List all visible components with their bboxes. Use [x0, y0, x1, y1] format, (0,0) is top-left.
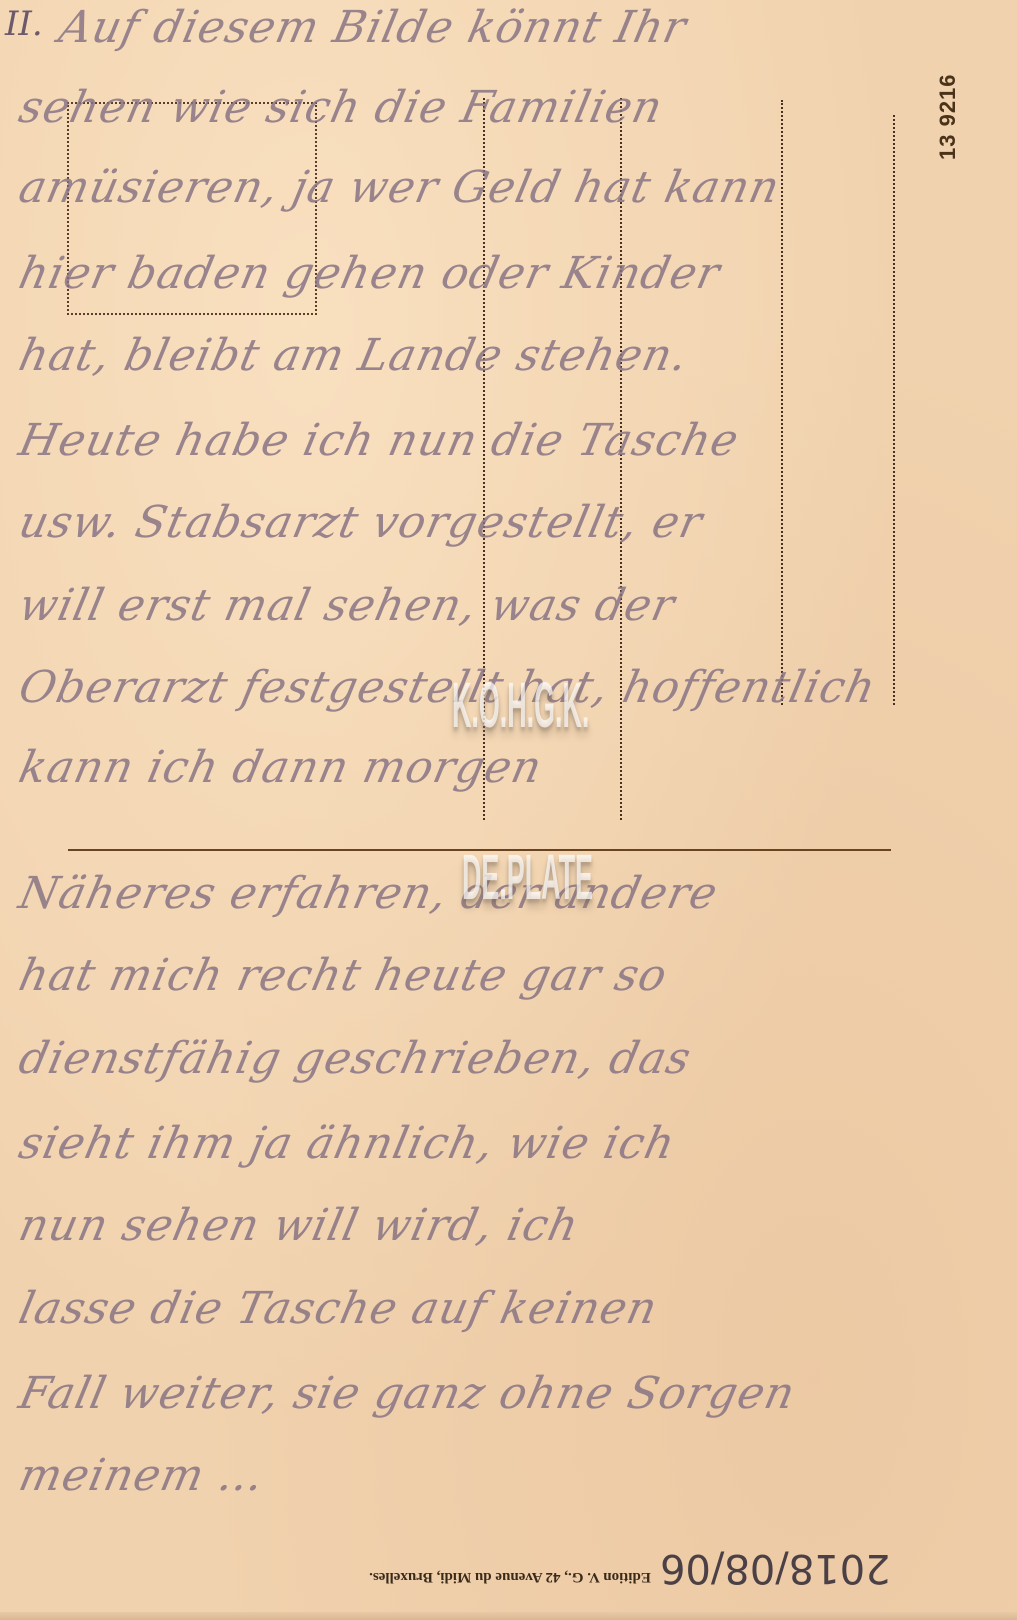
card-edge	[0, 1612, 1017, 1620]
handwriting-line: hat, bleibt am Lande stehen.	[15, 330, 693, 381]
address-line-3	[781, 100, 783, 705]
handwriting-line: Heute habe ich nun die Tasche	[15, 415, 744, 466]
handwriting-line: Auf diesem Bilde könnt Ihr	[55, 2, 692, 53]
page-marker: II.	[5, 4, 43, 44]
handwriting-line: amüsieren, ja wer Geld hat kann	[15, 162, 785, 213]
handwriting-line: usw. Stabsarzt vorgestellt, er	[15, 497, 708, 548]
handwriting-line: Näheres erfahren, der andere	[15, 868, 723, 919]
handwriting-line: nun sehen will wird, ich	[15, 1200, 584, 1251]
handwriting-line: sieht ihm ja ähnlich, wie ich	[15, 1118, 680, 1169]
handwriting-line: dienstfähig geschrieben, das	[15, 1033, 696, 1084]
postcard-back: II. 13 9216 Auf diesem Bilde könnt Ihrse…	[0, 0, 1017, 1620]
handwriting-line: lasse die Tasche auf keinen	[15, 1283, 663, 1334]
handwriting-line: sehen wie sich die Familien	[15, 82, 668, 133]
serial-number: 13 9216	[935, 73, 961, 160]
handwriting-line: hier baden gehen oder Kinder	[15, 248, 725, 299]
publisher-imprint: Edition V. G., 42 Avenue du Midi, Bruxel…	[300, 1568, 720, 1585]
handwriting-line: hat mich recht heute gar so	[15, 950, 672, 1001]
handwriting-line: Fall weiter, sie ganz ohne Sorgen	[15, 1368, 800, 1419]
watermark-line-2: DE.PLATE	[462, 840, 593, 914]
pencil-inventory-note: 2018/08/06	[660, 1545, 891, 1591]
handwriting-line: will erst mal sehen, was der	[15, 580, 680, 631]
handwriting-line: meinem …	[15, 1450, 270, 1501]
watermark-line-1: K.O.H.G.K.	[452, 668, 589, 742]
address-line-4	[893, 115, 895, 705]
handwriting-line: kann ich dann morgen	[15, 742, 547, 793]
handwriting-line: Oberarzt festgestellt hat, hoffentlich	[15, 662, 881, 713]
